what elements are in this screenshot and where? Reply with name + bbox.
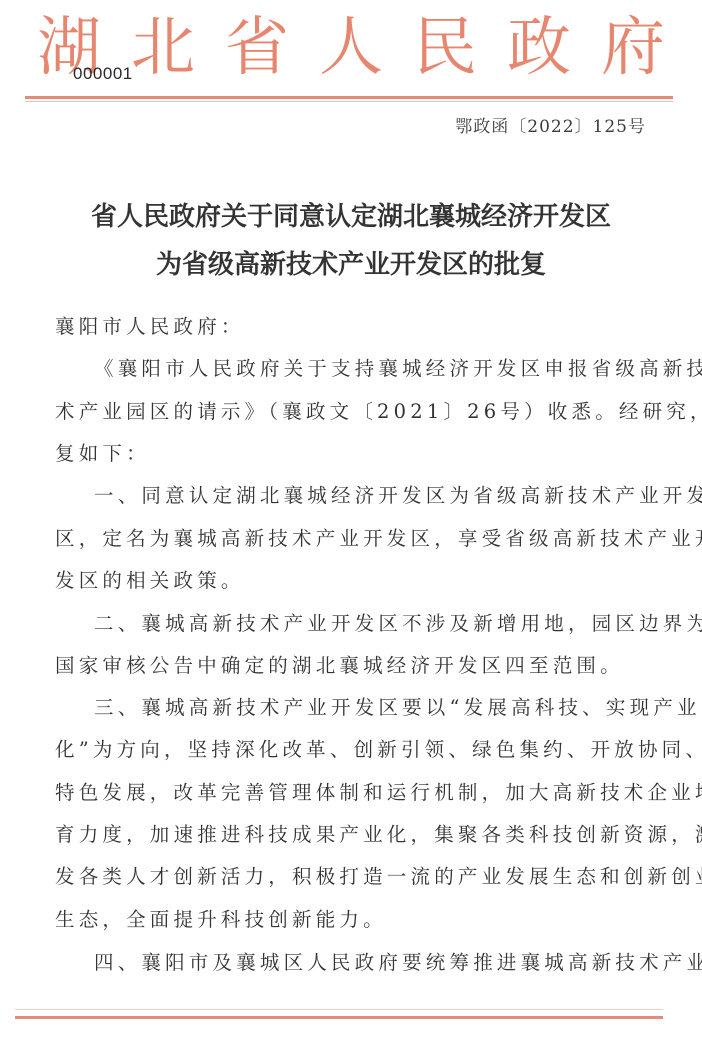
footer-rule-thin	[15, 1009, 663, 1010]
body-line: 一、同意认定湖北襄城经济开发区为省级高新技术产业开发	[94, 483, 702, 509]
body-line: 发各类人才创新活力，积极打造一流的产业发展生态和创新创业	[55, 864, 702, 890]
body-line: 发区的相关政策。	[55, 568, 245, 594]
document-number: 鄂政函〔2022〕125号	[455, 112, 646, 137]
footer-rule-thick	[15, 1016, 663, 1019]
body-line: 三、襄城高新技术产业开发区要以“发展高科技、实现产业	[94, 695, 701, 721]
body-line: 二、襄城高新技术产业开发区不涉及新增用地，园区边界为	[94, 611, 702, 637]
document-title-line-1: 省人民政府关于同意认定湖北襄城经济开发区	[0, 196, 702, 233]
body-line: 特色发展，改革完善管理体制和运行机制，加大高新技术企业培	[55, 780, 702, 806]
body-line: 《襄阳市人民政府关于支持襄城经济开发区申报省级高新技	[94, 356, 702, 382]
header-rule-thick	[25, 96, 673, 99]
body-line: 术产业园区的请示》（襄政文〔2021〕26号）收悉。经研究，批	[55, 399, 702, 425]
document-title-line-2: 为省级高新技术产业开发区的批复	[0, 244, 702, 281]
body-line: 复如下：	[55, 441, 150, 467]
body-line: 育力度，加速推进科技成果产业化，集聚各类科技创新资源，激	[55, 822, 702, 848]
body-line: 生态，全面提升科技创新能力。	[55, 907, 387, 933]
body-line: 国家审核公告中确定的湖北襄城经济开发区四至范围。	[55, 653, 624, 679]
body-line: 化”为方向，坚持深化改革、创新引领、绿色集约、开放协同、	[55, 737, 702, 763]
addressee: 襄阳市人民政府：	[55, 314, 245, 340]
serial-number: 000001	[73, 64, 133, 84]
header-rule-thin	[25, 101, 673, 102]
body-line: 四、襄阳市及襄城区人民政府要统筹推进襄城高新技术产业	[94, 950, 702, 976]
body-line: 区，定名为襄城高新技术产业开发区，享受省级高新技术产业开	[55, 526, 702, 552]
